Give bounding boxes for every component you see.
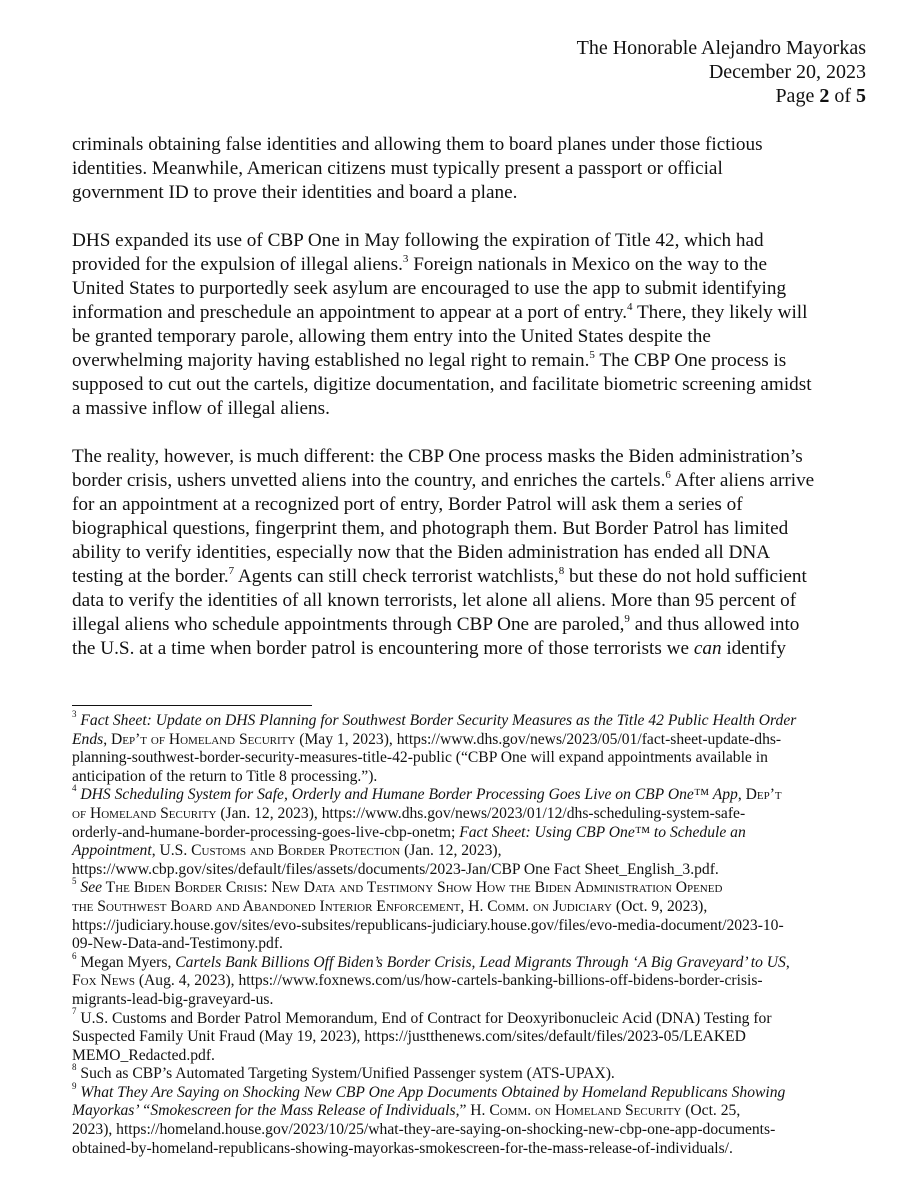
footnote-6-link[interactable]: (Aug. 4, 2023), https://www.foxnews.com/… [135,972,763,989]
footnote-3-link[interactable]: (May 1, 2023), https://www.dhs.gov/news/… [295,731,781,748]
paragraph-3: The reality, however, is much different:… [72,445,862,661]
footnote-ref-3[interactable]: 3 [403,253,409,265]
letter-body: criminals obtaining false identities and… [72,133,862,685]
paragraph-2: DHS expanded its use of CBP One in May f… [72,229,862,421]
page-total: 5 [856,85,866,107]
footnote-4: 4 DHS Scheduling System for Safe, Orderl… [72,786,872,879]
footnote-5-link[interactable]: https://judiciary.house.gov/sites/evo-su… [72,917,872,936]
page-number: Page 2 of 5 [577,84,866,108]
letter-header: The Honorable Alejandro Mayorkas Decembe… [577,36,866,108]
footnotes: 3 Fact Sheet: Update on DHS Planning for… [72,712,872,1158]
footnote-5: 5 See The Biden Border Crisis: New Data … [72,879,872,953]
emphasis-can: can [694,638,722,659]
footnote-ref-9[interactable]: 9 [624,613,630,625]
footnote-3: 3 Fact Sheet: Update on DHS Planning for… [72,712,872,786]
footnote-8: 8 Such as CBP’s Automated Targeting Syst… [72,1065,872,1084]
footnote-ref-6[interactable]: 6 [665,469,671,481]
footnote-ref-4[interactable]: 4 [627,301,633,313]
footnote-4-link-2[interactable]: https://www.cbp.gov/sites/default/files/… [72,861,872,880]
footnote-ref-5[interactable]: 5 [589,349,595,361]
footnote-4-link[interactable]: (Jan. 12, 2023), https://www.dhs.gov/new… [216,805,745,822]
footnote-7: 7 U.S. Customs and Border Patrol Memoran… [72,1010,872,1066]
footnote-9-link[interactable]: 2023), https://homeland.house.gov/2023/1… [72,1121,872,1140]
footnote-7-link[interactable]: Suspected Family Unit Fraud (May 19, 202… [72,1028,872,1047]
recipient-name: The Honorable Alejandro Mayorkas [577,36,866,60]
footnote-9: 9 What They Are Saying on Shocking New C… [72,1084,872,1158]
letter-date: December 20, 2023 [577,60,866,84]
footnote-ref-7[interactable]: 7 [229,565,235,577]
footnote-ref-8[interactable]: 8 [559,565,565,577]
footnote-6: 6 Megan Myers, Cartels Bank Billions Off… [72,954,872,1010]
page-current: 2 [819,85,829,107]
footnote-separator [72,705,312,706]
paragraph-1: criminals obtaining false identities and… [72,133,862,205]
